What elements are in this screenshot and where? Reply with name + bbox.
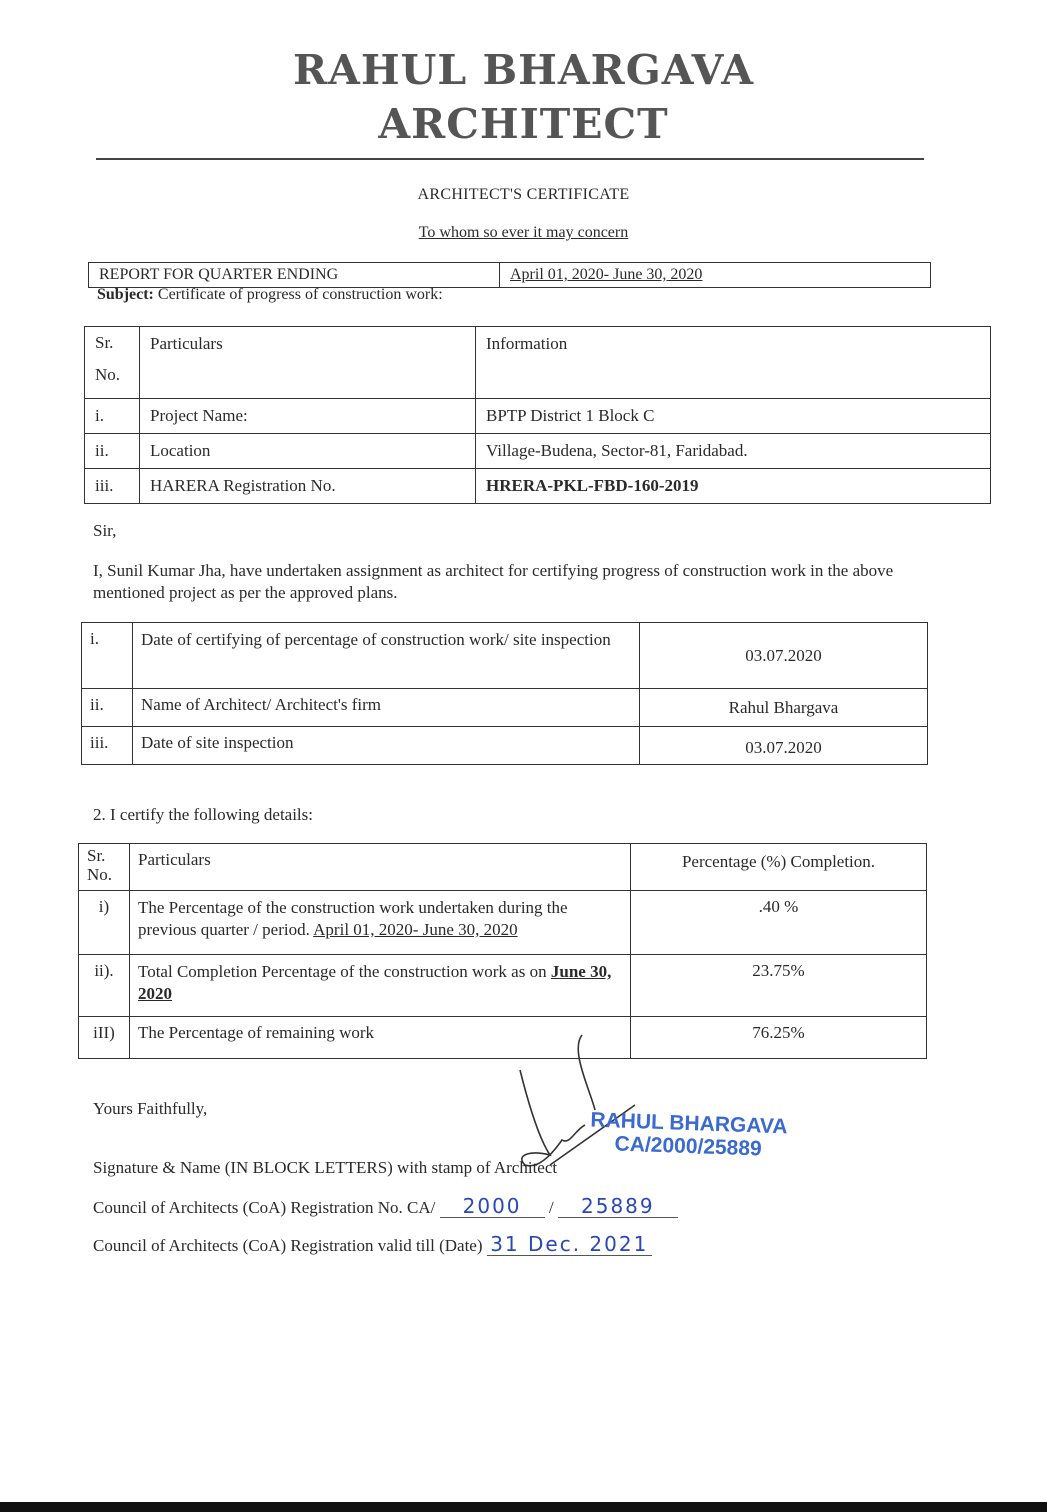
table-row: i) The Percentage of the construction wo… (79, 891, 927, 955)
row-sr: ii. (85, 434, 140, 469)
quarter-box: REPORT FOR QUARTER ENDING April 01, 2020… (88, 262, 931, 288)
quarter-percentage-value: .40 % (631, 891, 927, 955)
header-information: Information (476, 327, 991, 399)
table-header-row: Sr.No. Particulars Information (85, 327, 991, 399)
scan-edge (0, 1502, 1047, 1512)
row-particular: Total Completion Percentage of the const… (130, 955, 631, 1017)
salutation: Sir, (93, 520, 923, 542)
row-particular: Name of Architect/ Architect's firm (133, 689, 640, 727)
firm-name: RAHUL BHARGAVA (0, 50, 1047, 91)
firm-title: ARCHITECT (0, 104, 1047, 145)
table-row: iii. HARERA Registration No. HRERA-PKL-F… (85, 469, 991, 504)
total-completion-value: 23.75% (631, 955, 927, 1017)
table-row: i. Project Name: BPTP District 1 Block C (85, 399, 991, 434)
coa-registration-part1: 2000 (440, 1195, 545, 1218)
header-sr-no: Sr.No. (85, 327, 140, 399)
coa-registration-line: Council of Architects (CoA) Registration… (93, 1195, 923, 1219)
row-sr: ii). (79, 955, 130, 1017)
table-row: ii. Name of Architect/ Architect's firm … (82, 689, 928, 727)
row-particular: Location (140, 434, 476, 469)
table-row: ii. Location Village-Budena, Sector-81, … (85, 434, 991, 469)
registration-value: HRERA-PKL-FBD-160-2019 (476, 469, 991, 504)
row-sr: iII) (79, 1017, 130, 1059)
quarter-value-text: April 01, 2020- June 30, 2020 (510, 266, 702, 283)
table-row: ii). Total Completion Percentage of the … (79, 955, 927, 1017)
header-sr-no: Sr.No. (79, 844, 130, 891)
quarter-value: April 01, 2020- June 30, 2020 (500, 263, 931, 288)
row-sr: iii. (82, 727, 133, 765)
row-sr: ii. (82, 689, 133, 727)
completion-table: Sr.No. Particulars Percentage (%) Comple… (78, 843, 927, 1059)
header-particulars: Particulars (130, 844, 631, 891)
row-sr: i) (79, 891, 130, 955)
coa-registration-part2: 25889 (558, 1195, 678, 1218)
row-sr: i. (82, 623, 133, 689)
table-header-row: Sr.No. Particulars Percentage (%) Comple… (79, 844, 927, 891)
remaining-work-value: 76.25% (631, 1017, 927, 1059)
inspection-table: i. Date of certifying of percentage of c… (81, 622, 928, 765)
header-divider (96, 158, 924, 160)
coa-valid-label: Council of Architects (CoA) Registration… (93, 1236, 483, 1255)
project-name-value: BPTP District 1 Block C (476, 399, 991, 434)
coa-registration-label: Council of Architects (CoA) Registration… (93, 1198, 435, 1217)
row-particular: Date of certifying of percentage of cons… (133, 623, 640, 689)
table-row: i. Date of certifying of percentage of c… (82, 623, 928, 689)
table-row: iii. Date of site inspection 03.07.2020 (82, 727, 928, 765)
architect-stamp: RAHUL BHARGAVA CA/2000/25889 (589, 1109, 788, 1162)
row-sr: iii. (85, 469, 140, 504)
location-value: Village-Budena, Sector-81, Faridabad. (476, 434, 991, 469)
architect-name-value: Rahul Bhargava (640, 689, 928, 727)
subject-text: Certificate of progress of construction … (154, 286, 443, 303)
row-sr: i. (85, 399, 140, 434)
coa-valid-line: Council of Architects (CoA) Registration… (93, 1233, 923, 1257)
subject-label: Subject: (97, 286, 154, 303)
address-line: To whom so ever it may concern (0, 224, 1047, 242)
row-particular: The Percentage of the construction work … (130, 891, 631, 955)
quarter-label: REPORT FOR QUARTER ENDING (89, 263, 500, 288)
coa-valid-date: 31 Dec. 2021 (487, 1233, 652, 1256)
letter-body: I, Sunil Kumar Jha, have undertaken assi… (93, 560, 923, 604)
project-table: Sr.No. Particulars Information i. Projec… (84, 326, 991, 504)
header-particulars: Particulars (140, 327, 476, 399)
row-particular: Date of site inspection (133, 727, 640, 765)
certificate-title: ARCHITECT'S CERTIFICATE (0, 186, 1047, 204)
row-particular: Project Name: (140, 399, 476, 434)
coa-registration-separator: / (549, 1198, 554, 1217)
inspection-date-value: 03.07.2020 (640, 727, 928, 765)
row-particular: HARERA Registration No. (140, 469, 476, 504)
signature-label: Signature & Name (IN BLOCK LETTERS) with… (93, 1157, 923, 1179)
subject-line: Subject: Certificate of progress of cons… (97, 286, 443, 304)
certifying-date-value: 03.07.2020 (640, 623, 928, 689)
certify-intro: 2. I certify the following details: (93, 804, 923, 826)
header-percentage: Percentage (%) Completion. (631, 844, 927, 891)
